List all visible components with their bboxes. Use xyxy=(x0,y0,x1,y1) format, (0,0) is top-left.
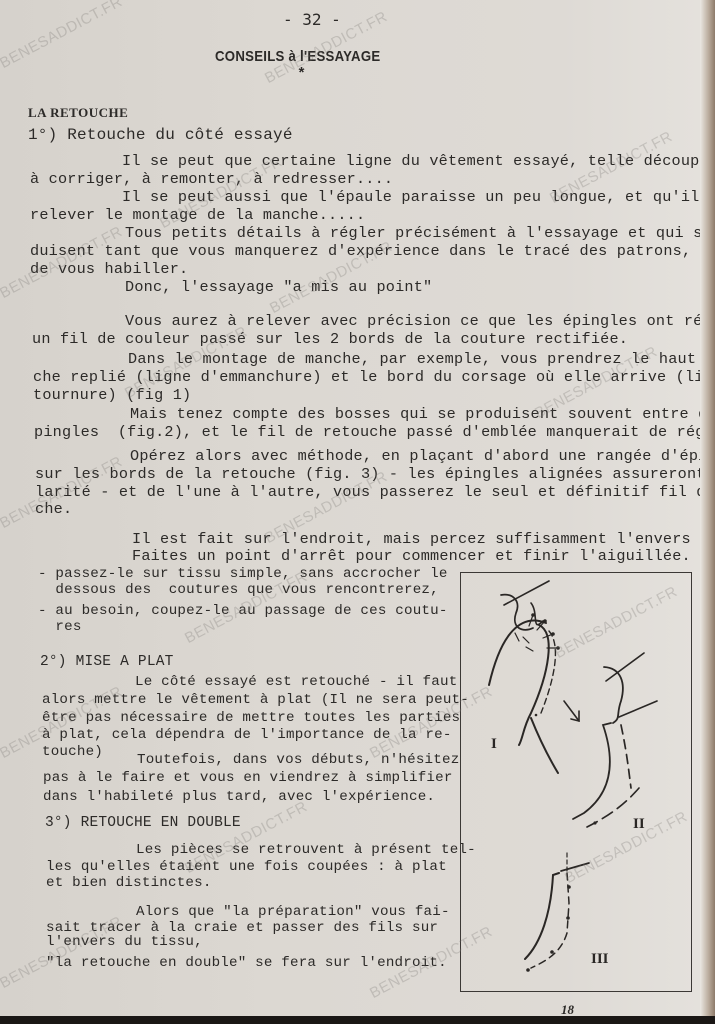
text-line: Opérez alors avec méthode, en plaçant d'… xyxy=(130,447,700,465)
part3-heading: 3°) RETOUCHE EN DOUBLE xyxy=(45,815,241,831)
text-line: un fil de couleur passé sur les 2 bords … xyxy=(32,330,628,348)
text-line: Mais tenez compte des bosses qui se prod… xyxy=(130,405,700,423)
text-line: touche) xyxy=(42,744,103,760)
text-line: che. xyxy=(35,500,72,518)
text-line: duisent tant que vous manquerez d'expéri… xyxy=(30,242,700,260)
text-line: "la retouche en double" se fera sur l'en… xyxy=(46,955,447,971)
part1-heading: 1°) Retouche du côté essayé xyxy=(28,126,293,144)
text-line: Les pièces se retrouvent à présent tel- xyxy=(136,842,476,858)
figure-label-3: III xyxy=(591,951,609,967)
text-line: Le côté essayé est retouché - il faut xyxy=(135,674,457,690)
text-line: à corriger, à remonter, à redresser.... xyxy=(30,170,393,188)
watermark: BENESADDICT.FR xyxy=(0,0,125,72)
bullet-line: dessous des coutures que vous rencontrer… xyxy=(38,582,439,598)
part2-heading: 2°) MISE A PLAT xyxy=(40,654,174,670)
bullet-line: res xyxy=(38,619,82,635)
background-strip xyxy=(0,1016,715,1024)
text-line: Vous aurez à relever avec précision ce q… xyxy=(125,312,700,330)
figure-label-2: II xyxy=(633,816,645,832)
folio-number: 18 xyxy=(561,1002,574,1016)
figure-sleeve-alterations: I II III xyxy=(460,572,692,992)
figure-label-1: I xyxy=(491,736,497,752)
bullet-line: - passez-le sur tissu simple, sans accro… xyxy=(38,566,448,582)
text-line: larité - et de l'une à l'autre, vous pas… xyxy=(35,483,700,501)
text-line: Dans le montage de manche, par exemple, … xyxy=(128,350,700,368)
sewing-diagram: I II III xyxy=(461,573,691,991)
text-line: relever le montage de la manche..... xyxy=(30,206,365,224)
page-edge xyxy=(700,0,715,1016)
text-line: Toutefois, dans vos débuts, n'hésitez xyxy=(137,752,459,768)
text-line: les qu'elles étaient une fois coupées : … xyxy=(46,859,447,875)
text-line: Tous petits détails à régler précisément… xyxy=(125,224,700,242)
text-line: che replié (ligne d'emmanchure) et le bo… xyxy=(33,368,700,386)
bullet-line: - au besoin, coupez-le au passage de ces… xyxy=(38,603,448,619)
text-line: Faites un point d'arrêt pour commencer e… xyxy=(132,547,691,565)
text-line: alors mettre le vêtement à plat (Il ne s… xyxy=(42,692,469,708)
text-line: de vous habiller. xyxy=(30,260,188,278)
text-line: Donc, l'essayage "a mis au point" xyxy=(125,278,432,296)
text-line: être pas nécessaire de mettre toutes les… xyxy=(42,710,460,726)
text-line: l'envers du tissu, xyxy=(46,934,203,950)
text-line: Alors que "la préparation" vous fai- xyxy=(136,904,450,920)
text-line: et bien distinctes. xyxy=(46,875,212,891)
text-line: Il se peut que certaine ligne du vêtemen… xyxy=(122,152,700,170)
text-line: pingles (fig.2), et le fil de retouche p… xyxy=(34,423,700,441)
text-line: Il se peut aussi que l'épaule paraisse u… xyxy=(122,188,700,206)
text-line: tournure) (fig 1) xyxy=(33,386,191,404)
document-page: - 32 - CONSEILS à l'ESSAYAGE * LA RETOUC… xyxy=(0,0,700,1016)
text-line: Il est fait sur l'endroit, mais percez s… xyxy=(132,530,700,548)
page-number: - 32 - xyxy=(283,10,341,29)
text-line: dans l'habileté plus tard, avec l'expéri… xyxy=(43,789,435,805)
page-title: CONSEILS à l'ESSAYAGE xyxy=(215,48,380,65)
title-ornament: * xyxy=(297,66,306,83)
text-line: pas à le faire et vous en viendrez à sim… xyxy=(43,770,453,786)
text-line: sur les bords de la retouche (fig. 3) - … xyxy=(35,465,700,483)
text-line: à plat, cela dépendra de l'importance de… xyxy=(42,727,452,743)
section-heading: LA RETOUCHE xyxy=(28,105,128,121)
